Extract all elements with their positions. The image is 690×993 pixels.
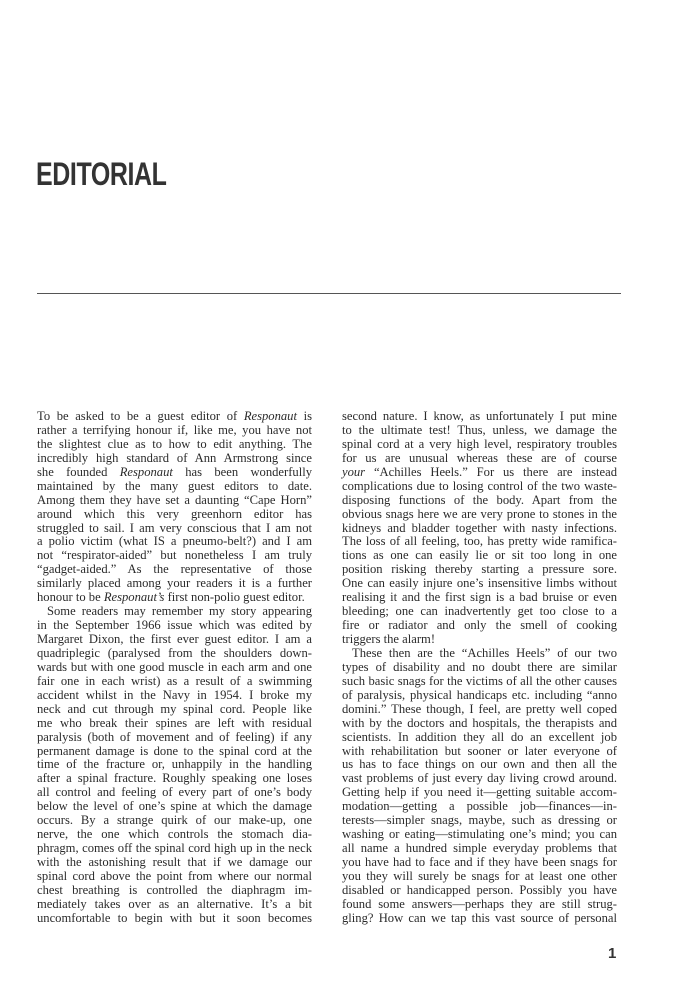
text-segment: such basic snags for the victims of all …	[342, 674, 617, 688]
text-segment: nerve, the one which controls the stomac…	[37, 827, 312, 841]
text-segment: “gadget-aided.” As the representative of…	[37, 562, 312, 576]
text-segment: uncomfortable to begin with but it soon …	[37, 911, 312, 925]
text-segment: vast problems of just every day living c…	[342, 771, 617, 785]
text-line: position risking thereby starting a pres…	[342, 563, 617, 577]
text-line: types of disability and no doubt there a…	[342, 661, 617, 675]
text-segment: with by the doctors and hospitals, the t…	[342, 716, 617, 730]
text-segment: obvious snags here we are very prone to …	[342, 507, 617, 521]
text-line: you have had to face and if they have be…	[342, 856, 617, 870]
text-line: paralysis (both of movement and of feeli…	[37, 731, 312, 745]
text-line: us has to face things on our own and the…	[342, 758, 617, 772]
text-segment: accident whilst in the Navy in 1954. I b…	[37, 688, 312, 702]
text-segment: Getting help if you need it—getting suit…	[342, 785, 617, 799]
text-line: in the September 1966 issue which was ed…	[37, 619, 312, 633]
text-line: The loss of all feeling, too, has pretty…	[342, 535, 617, 549]
text-segment: below the level of one’s spine at which …	[37, 799, 312, 813]
text-line: around which this very greenhorn editor …	[37, 508, 312, 522]
text-segment: you have had to face and if they have be…	[342, 855, 617, 869]
text-line: with rehabilitation but sooner or later …	[342, 745, 617, 759]
text-segment: Some readers may remember my story appea…	[47, 604, 312, 618]
text-line: neck and cut through my spinal cord. Peo…	[37, 703, 312, 717]
text-line: fire or radiator and only the smell of c…	[342, 619, 617, 633]
title-divider-rule	[37, 293, 621, 294]
text-line: Some readers may remember my story appea…	[37, 605, 312, 619]
text-segment: mediately takes over as an alternative. …	[37, 897, 312, 911]
text-line: found some answers—perhaps they are stil…	[342, 898, 617, 912]
page-number: 1	[608, 945, 616, 962]
text-segment: us has to face things on our own and the…	[342, 757, 617, 771]
text-segment: incredibly high standard of Ann Armstron…	[37, 451, 312, 465]
text-segment: second nature. I know, as unfortunately …	[342, 409, 617, 423]
text-segment: tions as one can easily lie or sit too l…	[342, 548, 617, 562]
text-segment: modation—getting a possible job—finances…	[342, 799, 617, 813]
text-segment: chest breathing is controlled the diaphr…	[37, 883, 312, 897]
text-line: rather a terrifying honour if, like me, …	[37, 424, 312, 438]
text-line: Among them they have set a daunting “Cap…	[37, 494, 312, 508]
text-line: all control and feeling of every part of…	[37, 786, 312, 800]
text-line: scientists. In addition they all do an e…	[342, 731, 617, 745]
text-line: fair one in each wrist) as a result of a…	[37, 675, 312, 689]
body-column-left: To be asked to be a guest editor of Resp…	[37, 410, 312, 926]
text-segment: These then are the “Achilles Heels” of o…	[352, 646, 617, 660]
text-segment: you they will surely be snags for at lea…	[342, 869, 617, 883]
text-line: struggled to sail. I am very conscious t…	[37, 522, 312, 536]
text-segment: permanent damage is done to the spinal c…	[37, 744, 312, 758]
text-line: terests—simpler snags, maybe, such as dr…	[342, 814, 617, 828]
text-segment: One can easily injure one’s insensitive …	[342, 576, 617, 590]
text-segment: maintained by the many guest editors to …	[37, 479, 312, 493]
text-segment: is	[297, 409, 312, 423]
text-line: permanent damage is done to the spinal c…	[37, 745, 312, 759]
text-line: disabled or handicapped person. Possibly…	[342, 884, 617, 898]
text-segment: The loss of all feeling, too, has pretty…	[342, 534, 617, 548]
text-segment: not “respirator-aided” but nonetheless I…	[37, 548, 312, 562]
text-line: a polio victim (what IS a pneumo-belt?) …	[37, 535, 312, 549]
italic-text-segment: Responaut	[120, 465, 173, 479]
text-segment: domini.” These though, I feel, are prett…	[342, 702, 617, 716]
text-segment: wards but with one good muscle in each a…	[37, 660, 312, 674]
text-line: tions as one can easily lie or sit too l…	[342, 549, 617, 563]
text-line: spinal cord at a very high level, respir…	[342, 438, 617, 452]
text-line: domini.” These though, I feel, are prett…	[342, 703, 617, 717]
text-segment: terests—simpler snags, maybe, such as dr…	[342, 813, 617, 827]
text-line: maintained by the many guest editors to …	[37, 480, 312, 494]
text-line: realising it and the first sign is a bad…	[342, 591, 617, 605]
text-line: Getting help if you need it—getting suit…	[342, 786, 617, 800]
text-segment: spinal cord at a very high level, respir…	[342, 437, 617, 451]
text-segment: me who break their spines are left with …	[37, 716, 312, 730]
text-line: with the astonishing result that if we d…	[37, 856, 312, 870]
text-line: honour to be Responaut’s first non-polio…	[37, 591, 312, 605]
text-segment: around which this very greenhorn editor …	[37, 507, 312, 521]
text-line: second nature. I know, as unfortunately …	[342, 410, 617, 424]
text-line: similarly placed among your readers it i…	[37, 577, 312, 591]
text-line: uncomfortable to begin with but it soon …	[37, 912, 312, 926]
text-segment: disposing functions of the body. Apart f…	[342, 493, 617, 507]
text-segment: washing or eating—stimulating one’s mind…	[342, 827, 617, 841]
text-segment: struggled to sail. I am very conscious t…	[37, 521, 312, 535]
text-line: incredibly high standard of Ann Armstron…	[37, 452, 312, 466]
text-segment: rather a terrifying honour if, like me, …	[37, 423, 312, 437]
article-title: EDITORIAL	[36, 158, 167, 190]
text-line: she founded Responaut has been wonderful…	[37, 466, 312, 480]
text-line: disposing functions of the body. Apart f…	[342, 494, 617, 508]
text-segment: honour to be	[37, 590, 104, 604]
text-line: washing or eating—stimulating one’s mind…	[342, 828, 617, 842]
text-segment: quadriplegic (paralysed from the shoulde…	[37, 646, 312, 660]
text-segment: gling? How can we tap this vast source o…	[342, 911, 617, 925]
text-segment: found some answers—perhaps they are stil…	[342, 897, 617, 911]
text-line: occurs. By a strange quirk of our make-u…	[37, 814, 312, 828]
text-line: accident whilst in the Navy in 1954. I b…	[37, 689, 312, 703]
text-segment: to the ultimate test! Thus, unless, we d…	[342, 423, 617, 437]
text-segment: similarly placed among your readers it i…	[37, 576, 312, 590]
text-segment: she founded	[37, 465, 120, 479]
text-line: triggers the alarm!	[342, 633, 617, 647]
text-line: complications due to losing control of t…	[342, 480, 617, 494]
text-line: for us are unusual whereas these are of …	[342, 452, 617, 466]
text-segment: Among them they have set a daunting “Cap…	[37, 493, 312, 507]
text-segment: with rehabilitation but sooner or later …	[342, 744, 617, 758]
text-segment: all name a hundred simple everyday probl…	[342, 841, 617, 855]
text-segment: of paralysis, physical handicaps etc. in…	[342, 688, 617, 702]
text-segment: kidneys and bladder together with nasty …	[342, 521, 617, 535]
text-segment: after a spinal fracture. Roughly speakin…	[37, 771, 312, 785]
text-segment: scientists. In addition they all do an e…	[342, 730, 617, 744]
text-line: the slightest clue as to how to edit any…	[37, 438, 312, 452]
text-line: quadriplegic (paralysed from the shoulde…	[37, 647, 312, 661]
text-segment: Margaret Dixon, the first ever guest edi…	[37, 632, 312, 646]
text-segment: a polio victim (what IS a pneumo-belt?) …	[37, 534, 312, 548]
text-segment: complications due to losing control of t…	[342, 479, 617, 493]
text-segment: occurs. By a strange quirk of our make-u…	[37, 813, 312, 827]
text-segment: in the September 1966 issue which was ed…	[37, 618, 312, 632]
text-line: phragm, comes off the spinal cord high u…	[37, 842, 312, 856]
body-column-right: second nature. I know, as unfortunately …	[342, 410, 617, 926]
text-line: vast problems of just every day living c…	[342, 772, 617, 786]
text-line: Margaret Dixon, the first ever guest edi…	[37, 633, 312, 647]
text-line: nerve, the one which controls the stomac…	[37, 828, 312, 842]
text-line: time of the fracture or, unhappily in th…	[37, 758, 312, 772]
text-line: chest breathing is controlled the diaphr…	[37, 884, 312, 898]
text-segment: “Achilles Heels.” For us there are inste…	[365, 465, 617, 479]
text-line: of paralysis, physical handicaps etc. in…	[342, 689, 617, 703]
text-line: after a spinal fracture. Roughly speakin…	[37, 772, 312, 786]
text-segment: first non-polio guest editor.	[164, 590, 304, 604]
text-segment: paralysis (both of movement and of feeli…	[37, 730, 312, 744]
text-line: kidneys and bladder together with nasty …	[342, 522, 617, 536]
text-line: mediately takes over as an alternative. …	[37, 898, 312, 912]
text-line: your “Achilles Heels.” For us there are …	[342, 466, 617, 480]
text-line: not “respirator-aided” but nonetheless I…	[37, 549, 312, 563]
text-segment: realising it and the first sign is a bad…	[342, 590, 617, 604]
text-line: gling? How can we tap this vast source o…	[342, 912, 617, 926]
text-line: To be asked to be a guest editor of Resp…	[37, 410, 312, 424]
text-line: obvious snags here we are very prone to …	[342, 508, 617, 522]
text-segment: has been wonderfully	[173, 465, 312, 479]
text-segment: spinal cord above the point from where o…	[37, 869, 312, 883]
text-segment: bleeding; one can inadvertently get too …	[342, 604, 617, 618]
text-line: spinal cord above the point from where o…	[37, 870, 312, 884]
text-segment: triggers the alarm!	[342, 632, 435, 646]
text-line: These then are the “Achilles Heels” of o…	[342, 647, 617, 661]
text-segment: neck and cut through my spinal cord. Peo…	[37, 702, 312, 716]
text-line: to the ultimate test! Thus, unless, we d…	[342, 424, 617, 438]
text-line: all name a hundred simple everyday probl…	[342, 842, 617, 856]
text-line: bleeding; one can inadvertently get too …	[342, 605, 617, 619]
italic-text-segment: your	[342, 465, 365, 479]
text-segment: all control and feeling of every part of…	[37, 785, 312, 799]
text-segment: types of disability and no doubt there a…	[342, 660, 617, 674]
text-segment: fair one in each wrist) as a result of a…	[37, 674, 312, 688]
text-line: below the level of one’s spine at which …	[37, 800, 312, 814]
text-segment: fire or radiator and only the smell of c…	[342, 618, 617, 632]
text-line: you they will surely be snags for at lea…	[342, 870, 617, 884]
text-line: modation—getting a possible job—finances…	[342, 800, 617, 814]
text-line: wards but with one good muscle in each a…	[37, 661, 312, 675]
text-line: with by the doctors and hospitals, the t…	[342, 717, 617, 731]
text-line: One can easily injure one’s insensitive …	[342, 577, 617, 591]
italic-text-segment: Responaut	[244, 409, 297, 423]
text-line: me who break their spines are left with …	[37, 717, 312, 731]
text-segment: To be asked to be a guest editor of	[37, 409, 244, 423]
text-segment: time of the fracture or, unhappily in th…	[37, 757, 312, 771]
text-segment: the slightest clue as to how to edit any…	[37, 437, 312, 451]
text-segment: disabled or handicapped person. Possibly…	[342, 883, 617, 897]
text-segment: for us are unusual whereas these are of …	[342, 451, 617, 465]
text-segment: with the astonishing result that if we d…	[37, 855, 312, 869]
text-segment: phragm, comes off the spinal cord high u…	[37, 841, 312, 855]
text-line: such basic snags for the victims of all …	[342, 675, 617, 689]
italic-text-segment: Responaut’s	[104, 590, 165, 604]
text-line: “gadget-aided.” As the representative of…	[37, 563, 312, 577]
text-segment: position risking thereby starting a pres…	[342, 562, 617, 576]
